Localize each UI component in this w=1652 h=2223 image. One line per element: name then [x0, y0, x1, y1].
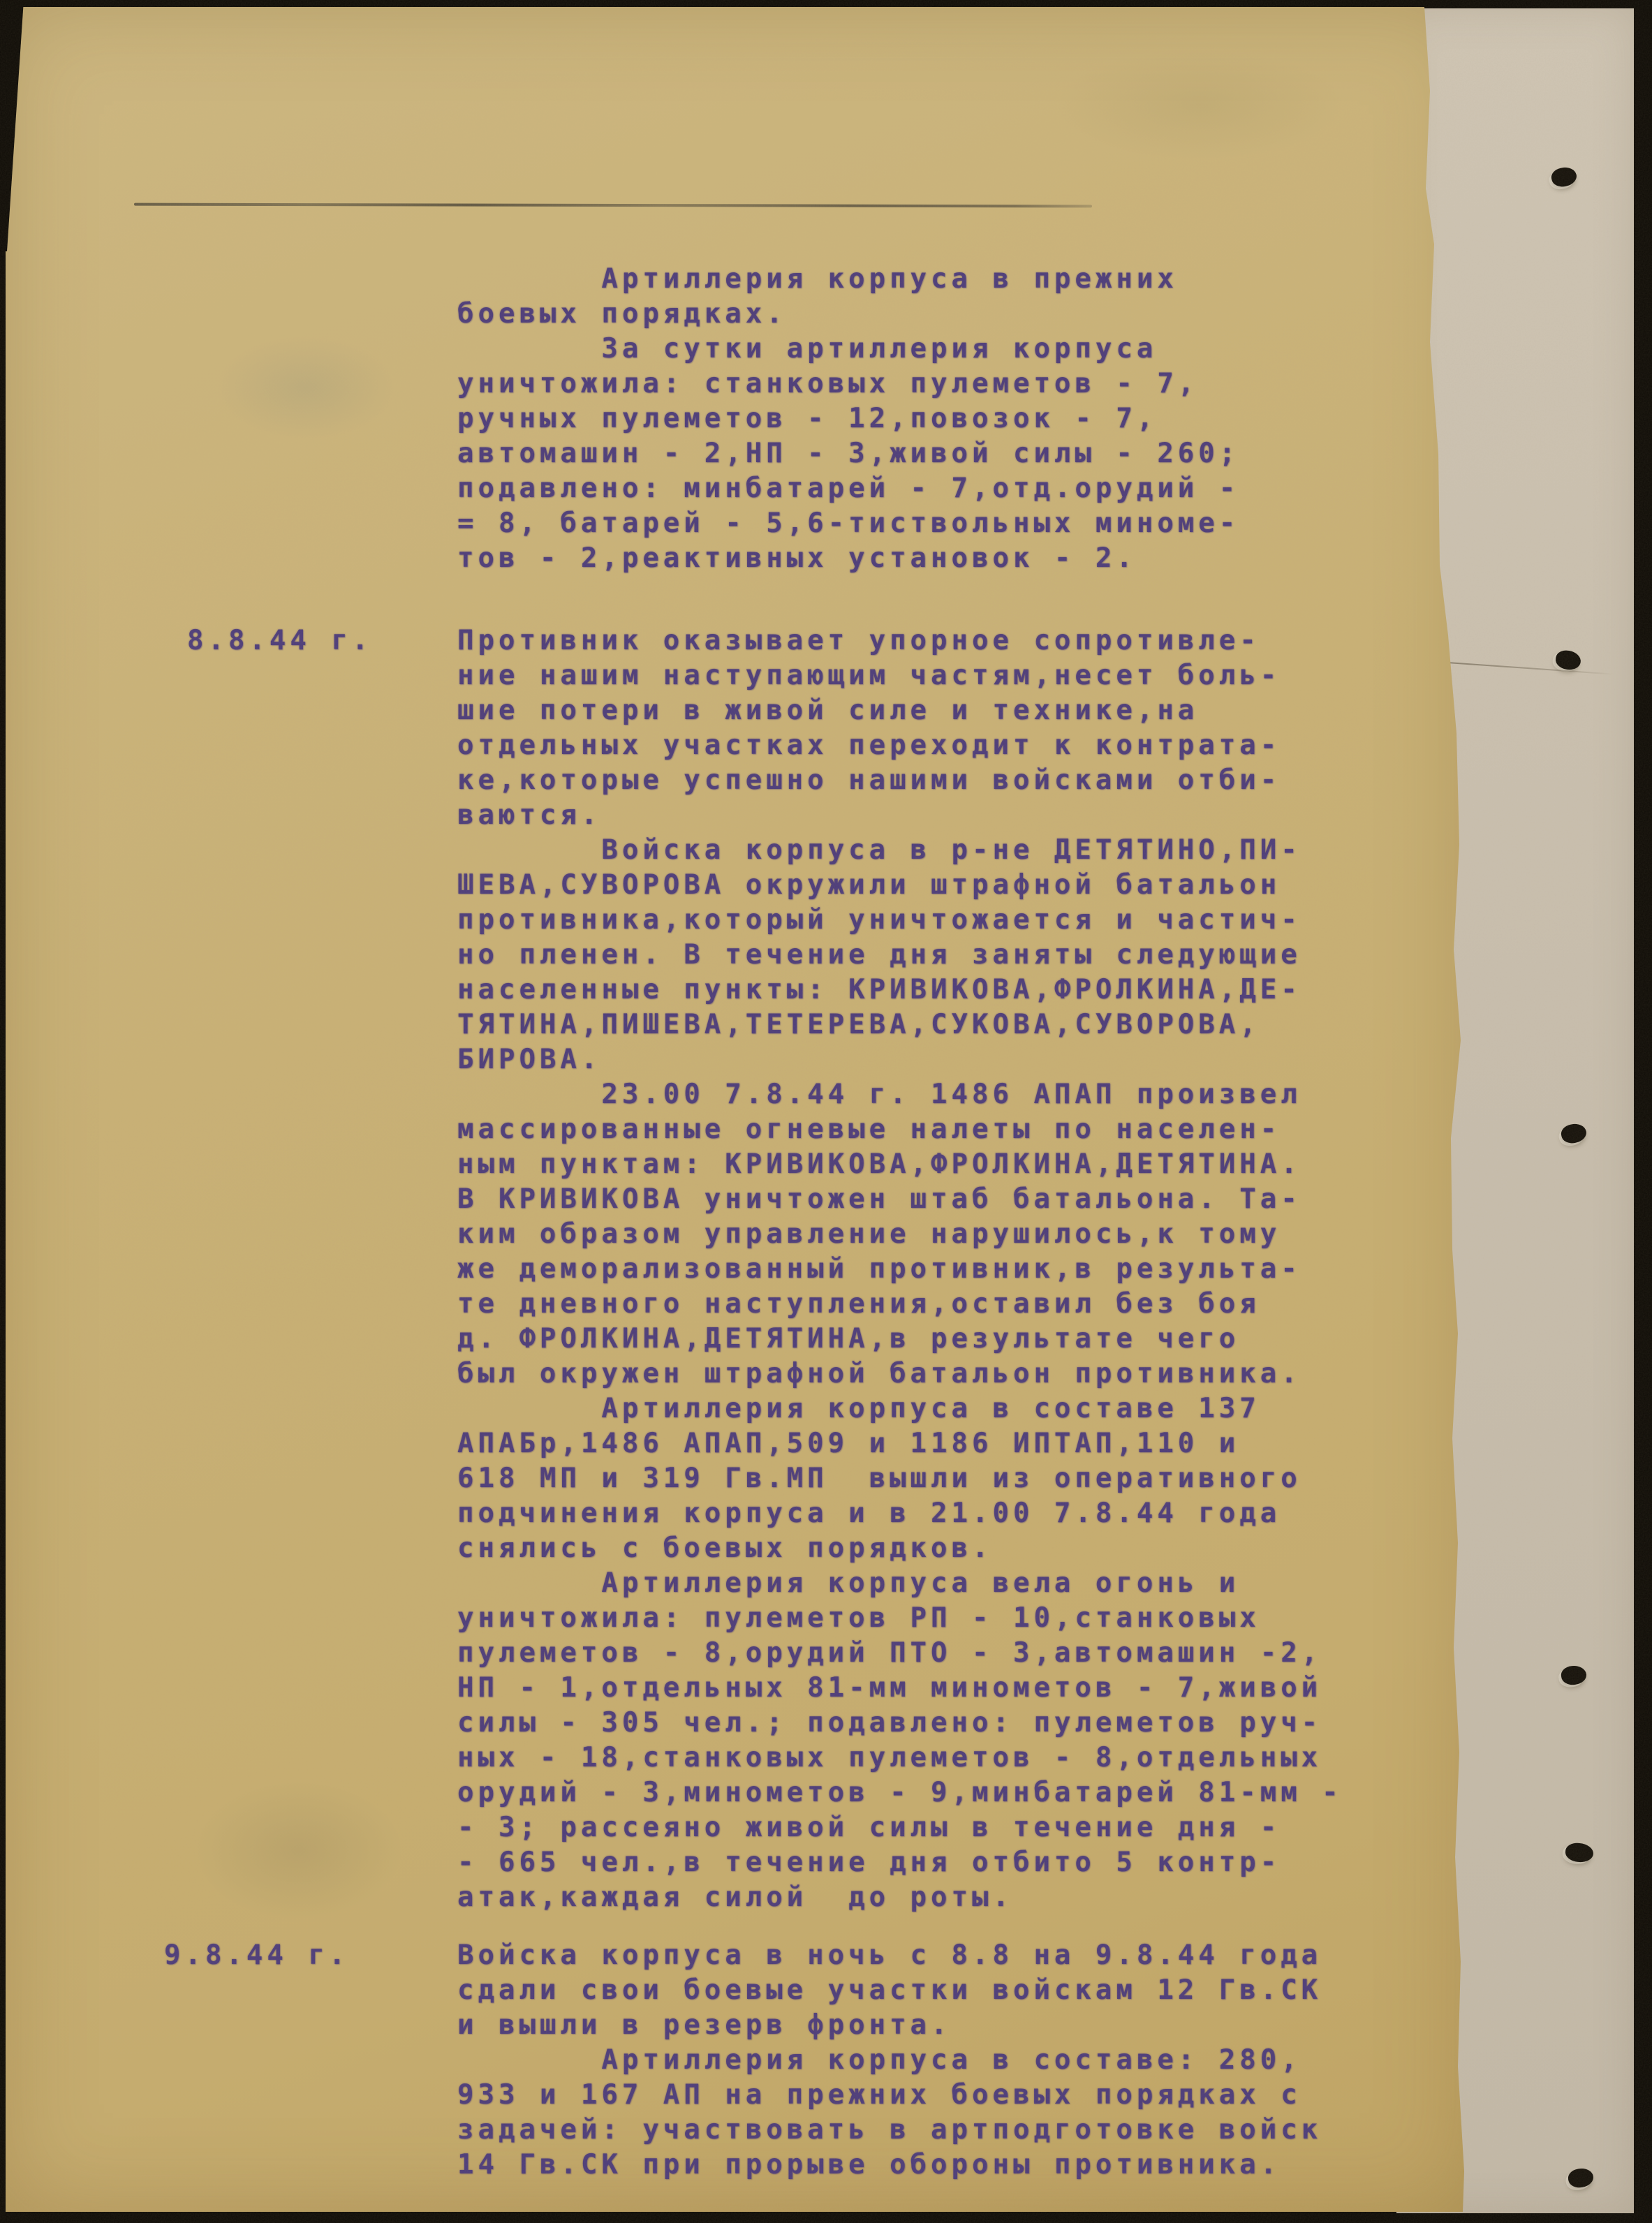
section-2-text: Противник оказывает упорное сопротивле- …	[457, 623, 1343, 1915]
scanned-document-screenshot: Артиллерия корпуса в прежних боевых поря…	[0, 0, 1652, 2223]
paper-stain	[215, 335, 397, 440]
section-2-date-label: 8.8.44 г.	[187, 623, 372, 658]
paper-stain	[194, 1780, 404, 1920]
section-3-text: Войска корпуса в ночь с 8.8 на 9.8.44 го…	[457, 1938, 1322, 2183]
section-3-date-label: 9.8.44 г.	[164, 1938, 349, 1973]
section-1-text: Артиллерия корпуса в прежних боевых поря…	[457, 262, 1239, 576]
paper-stain	[1053, 49, 1346, 161]
